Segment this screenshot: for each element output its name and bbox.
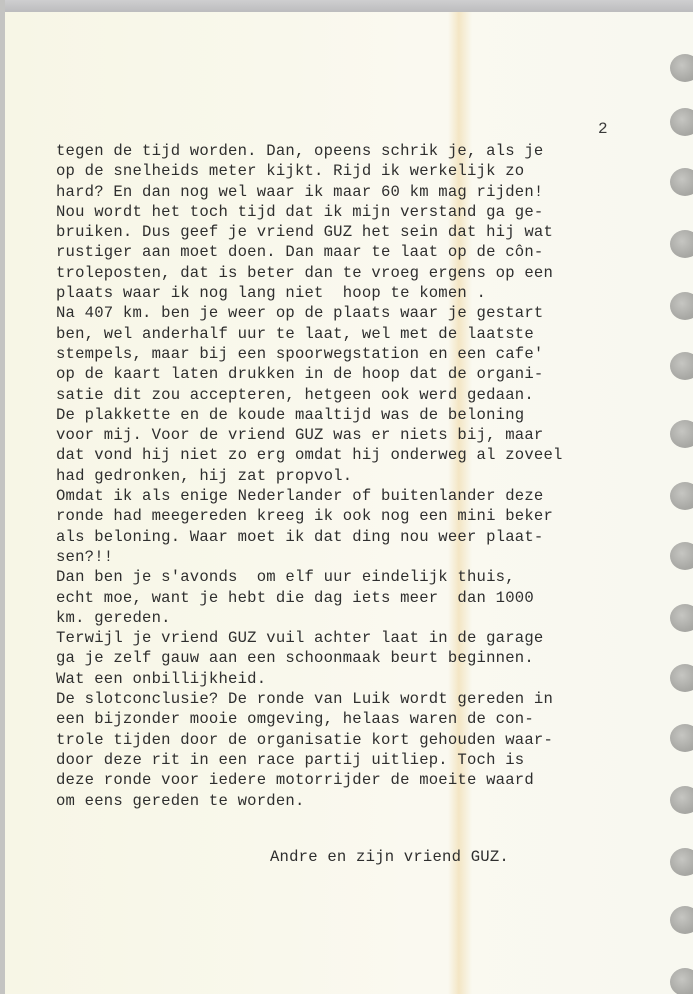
text-line: De slotconclusie? De ronde van Luik word… <box>56 689 656 709</box>
text-line: op de snelheids meter kijkt. Rijd ik wer… <box>56 161 656 181</box>
punch-hole-icon <box>670 968 693 994</box>
text-line: ronde had meegereden kreeg ik ook nog ee… <box>56 506 656 526</box>
text-line: echt moe, want je hebt die dag iets meer… <box>56 588 656 608</box>
text-line: deze ronde voor iedere motorrijder de mo… <box>56 770 656 790</box>
text-line: Nou wordt het toch tijd dat ik mijn vers… <box>56 202 656 222</box>
punch-hole-icon <box>670 292 693 320</box>
punch-hole-icon <box>670 906 693 934</box>
text-line: troleposten, dat is beter dan te vroeg e… <box>56 263 656 283</box>
text-line: een bijzonder mooie omgeving, helaas war… <box>56 709 656 729</box>
text-line: Dan ben je s'avonds om elf uur eindelijk… <box>56 567 656 587</box>
text-line: dat vond hij niet zo erg omdat hij onder… <box>56 445 656 465</box>
punch-hole-icon <box>670 352 693 380</box>
text-line: trole tijden door de organisatie kort ge… <box>56 730 656 750</box>
text-line: door deze rit in een race partij uitliep… <box>56 750 656 770</box>
text-line: om eens gereden te worden. <box>56 791 656 811</box>
text-line: hard? En dan nog wel waar ik maar 60 km … <box>56 182 656 202</box>
text-line: ga je zelf gauw aan een schoonmaak beurt… <box>56 648 656 668</box>
punch-hole-icon <box>670 604 693 632</box>
punch-hole-icon <box>670 542 693 570</box>
text-line: voor mij. Voor de vriend GUZ was er niet… <box>56 425 656 445</box>
body-text: tegen de tijd worden. Dan, opeens schrik… <box>56 141 656 811</box>
text-line: ben, wel anderhalf uur te laat, wel met … <box>56 324 656 344</box>
text-line: had gedronken, hij zat propvol. <box>56 466 656 486</box>
text-line: De plakkette en de koude maaltijd was de… <box>56 405 656 425</box>
text-line: Na 407 km. ben je weer op de plaats waar… <box>56 303 656 323</box>
text-line: stempels, maar bij een spoorwegstation e… <box>56 344 656 364</box>
punch-hole-icon <box>670 848 693 876</box>
signature: Andre en zijn vriend GUZ. <box>270 848 509 866</box>
punch-hole-icon <box>670 168 693 196</box>
punch-hole-icon <box>670 54 693 82</box>
punch-hole-icon <box>670 786 693 814</box>
punch-hole-icon <box>670 482 693 510</box>
punch-hole-icon <box>670 420 693 448</box>
text-line: Wat een onbillijkheid. <box>56 669 656 689</box>
page-number: 2 <box>598 120 608 138</box>
text-line: rustiger aan moet doen. Dan maar te laat… <box>56 242 656 262</box>
text-line: bruiken. Dus geef je vriend GUZ het sein… <box>56 222 656 242</box>
text-line: sen?!! <box>56 547 656 567</box>
text-line: op de kaart laten drukken in de hoop dat… <box>56 364 656 384</box>
punch-hole-icon <box>670 664 693 692</box>
text-line: als beloning. Waar moet ik dat ding nou … <box>56 527 656 547</box>
punch-hole-icon <box>670 230 693 258</box>
text-line: satie dit zou accepteren, hetgeen ook we… <box>56 385 656 405</box>
punch-hole-icon <box>670 108 693 136</box>
text-line: Omdat ik als enige Nederlander of buiten… <box>56 486 656 506</box>
text-line: km. gereden. <box>56 608 656 628</box>
text-line: plaats waar ik nog lang niet hoop te kom… <box>56 283 656 303</box>
text-line: Terwijl je vriend GUZ vuil achter laat i… <box>56 628 656 648</box>
text-line: tegen de tijd worden. Dan, opeens schrik… <box>56 141 656 161</box>
punch-hole-icon <box>670 724 693 752</box>
